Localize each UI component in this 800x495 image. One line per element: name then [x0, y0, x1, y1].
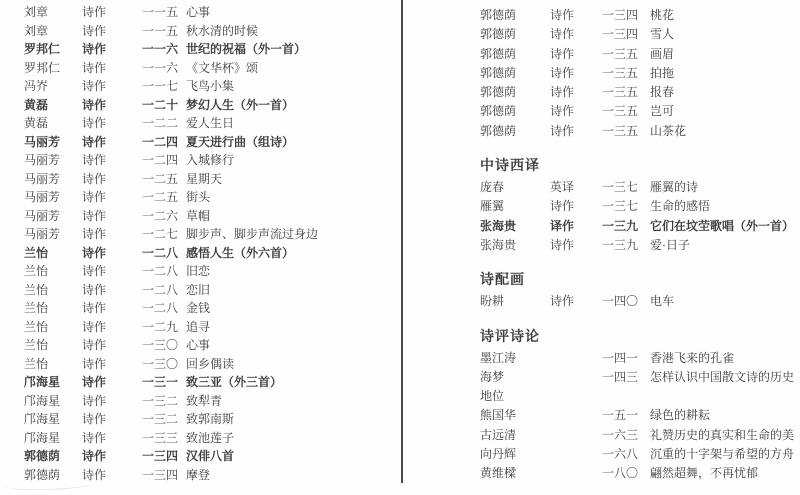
genre-label: 译作 — [550, 217, 602, 236]
page-number: 一二八 — [142, 299, 186, 318]
work-title: 爱·日子 — [650, 238, 690, 252]
toc-row: 郭德荫诗作一三五拍拖 — [480, 64, 798, 83]
author-name: 马丽芳 — [24, 188, 82, 207]
author-name: 郭德荫 — [480, 25, 550, 44]
page-number: 一二八 — [142, 244, 186, 263]
page-number: 一一七 — [142, 77, 186, 96]
work-title: 心事 — [186, 338, 210, 352]
author-name: 雁翼 — [480, 197, 550, 216]
toc-row: 盼耕诗作一四〇电车 — [480, 292, 798, 311]
genre-label: 诗作 — [82, 170, 142, 189]
work-title: 街头 — [186, 190, 210, 204]
toc-row: 罗邦仁诗作一一六世纪的祝福（外一首） — [24, 40, 398, 59]
work-title: 翩然超舞，不再忧郁 — [650, 466, 758, 480]
page-number: 一二十 — [142, 96, 186, 115]
page-number: 一三一 — [142, 373, 186, 392]
page-number: 一三四 — [602, 25, 650, 44]
work-title: 拍拖 — [650, 66, 674, 80]
page-number: 一三四 — [142, 447, 186, 466]
page-number: 一二九 — [142, 318, 186, 337]
work-title: 恋旧 — [186, 283, 210, 297]
genre-label: 诗作 — [82, 188, 142, 207]
author-name: 盼耕 — [480, 292, 550, 311]
work-title: 入城修行 — [186, 153, 234, 167]
work-title: 爱人生日 — [186, 116, 234, 130]
page-number: 一一五 — [142, 22, 186, 41]
work-title: 致池莲子 — [186, 431, 234, 445]
toc-row: 马丽芳诗作一二四入城修行 — [24, 151, 398, 170]
author-name: 郭德荫 — [480, 64, 550, 83]
genre-label: 诗作 — [82, 392, 142, 411]
author-name: 郭德荫 — [480, 83, 550, 102]
genre-label: 诗作 — [82, 133, 142, 152]
toc-row: 刘章诗作一一五秋水清的时候 — [24, 22, 398, 41]
toc-row: 兰怡诗作一二八恋旧 — [24, 281, 398, 300]
author-name: 郭德荫 — [24, 447, 82, 466]
genre-label: 诗作 — [82, 151, 142, 170]
genre-label: 诗作 — [82, 281, 142, 300]
page-number: 一三五 — [602, 64, 650, 83]
author-name: 马丽芳 — [24, 207, 82, 226]
toc-row: 郭德荫诗作一三四桃花 — [480, 6, 798, 25]
work-title: 追寻 — [186, 320, 210, 334]
author-name: 刘章 — [24, 22, 82, 41]
toc-row: 黄维樑一八〇翩然超舞，不再忧郁 — [480, 464, 798, 483]
author-name: 郭德荫 — [480, 102, 550, 121]
author-name: 郭德荫 — [480, 45, 550, 64]
author-name: 马丽芳 — [24, 225, 82, 244]
toc-row: 刘章诗作一一五心事 — [24, 3, 398, 22]
toc-row: 邝海星诗作一三三致池莲子 — [24, 429, 398, 448]
page-number: 一二五 — [142, 170, 186, 189]
page-number: 一三七 — [602, 178, 650, 197]
author-name: 邝海星 — [24, 410, 82, 429]
page-number: 一四〇 — [602, 292, 650, 311]
page-number: 一三〇 — [142, 355, 186, 374]
section-header: 中诗西译 — [480, 157, 798, 177]
author-name: 刘章 — [24, 3, 82, 22]
toc-row: 邝海星诗作一三二致犁青 — [24, 392, 398, 411]
work-title: 致三亚（外三首） — [186, 375, 282, 389]
author-name: 邝海星 — [24, 373, 82, 392]
work-title: 旧恋 — [186, 264, 210, 278]
author-name: 马丽芳 — [24, 151, 82, 170]
toc-page: 刘章诗作一一五心事刘章诗作一一五秋水清的时候罗邦仁诗作一一六世纪的祝福（外一首）… — [0, 0, 800, 495]
author-name: 向丹辉 — [480, 445, 550, 464]
page-number: 一八〇 — [602, 464, 650, 483]
author-name: 张海贵 — [480, 217, 550, 236]
toc-row: 张海贵译作一三九它们在坟茔歌唱（外一首） — [480, 217, 798, 236]
toc-right-column: 郭德荫诗作一三四桃花郭德荫诗作一三四雪人郭德荫诗作一三五画眉郭德荫诗作一三五拍拖… — [480, 6, 798, 484]
toc-row: 马丽芳诗作一二七脚步声、脚步声流过身边 — [24, 225, 398, 244]
genre-label: 诗作 — [82, 3, 142, 22]
page-number: 一二二 — [142, 114, 186, 133]
toc-row: 郭德荫诗作一三五山茶花 — [480, 122, 798, 141]
genre-label: 诗作 — [82, 318, 142, 337]
page-number: 一二七 — [142, 225, 186, 244]
work-title: 礼赞历史的真实和生命的美 — [650, 428, 794, 442]
author-name: 墨江涛 — [480, 349, 550, 368]
work-title: 雁翼的诗 — [650, 180, 698, 194]
page-number: 一三九 — [602, 236, 650, 255]
genre-label: 诗作 — [550, 197, 602, 216]
author-name: 海梦 — [480, 368, 550, 387]
toc-row: 海梦一四三怎样认识中国散文诗的历史地位 — [480, 368, 798, 407]
genre-label: 诗作 — [82, 59, 142, 78]
author-name: 兰怡 — [24, 318, 82, 337]
genre-label: 诗作 — [550, 45, 602, 64]
work-title: 摩登 — [186, 468, 210, 482]
author-name: 马丽芳 — [24, 170, 82, 189]
genre-label: 诗作 — [82, 373, 142, 392]
section-header: 诗配画 — [480, 271, 798, 291]
genre-label: 诗作 — [550, 236, 602, 255]
toc-row: 马丽芳诗作一二六草帽 — [24, 207, 398, 226]
page-number: 一二八 — [142, 281, 186, 300]
page-number: 一四一 — [602, 349, 650, 368]
toc-row: 兰怡诗作一三〇心事 — [24, 336, 398, 355]
toc-row: 兰怡诗作一二八感悟人生（外六首） — [24, 244, 398, 263]
genre-label: 诗作 — [550, 122, 602, 141]
genre-label: 诗作 — [82, 96, 142, 115]
work-title: 致犁青 — [186, 394, 222, 408]
page-number: 一三五 — [602, 45, 650, 64]
toc-row: 张海贵诗作一三九爱·日子 — [480, 236, 798, 255]
work-title: 电车 — [650, 294, 674, 308]
work-title: 草帽 — [186, 209, 210, 223]
toc-row: 邝海星诗作一三一致三亚（外三首） — [24, 373, 398, 392]
author-name: 罗邦仁 — [24, 59, 82, 78]
genre-label: 诗作 — [550, 25, 602, 44]
page-number: 一三九 — [602, 217, 650, 236]
work-title: 星期天 — [186, 172, 222, 186]
genre-label: 诗作 — [82, 225, 142, 244]
toc-left-column: 刘章诗作一一五心事刘章诗作一一五秋水清的时候罗邦仁诗作一一六世纪的祝福（外一首）… — [24, 3, 398, 484]
work-title: 画眉 — [650, 47, 674, 61]
author-name: 冯岕 — [24, 77, 82, 96]
toc-row: 马丽芳诗作一二四夏天进行曲（组诗） — [24, 133, 398, 152]
work-title: 香港飞来的孔雀 — [650, 351, 734, 365]
work-title: 岂可 — [650, 104, 674, 118]
work-title: 梦幻人生（外一首） — [186, 98, 294, 112]
toc-row: 罗邦仁诗作一一六《文华杯》颂 — [24, 59, 398, 78]
work-title: 山茶花 — [650, 124, 686, 138]
page-number: 一三五 — [602, 83, 650, 102]
toc-row: 郭德荫诗作一三四汉俳八首 — [24, 447, 398, 466]
author-name: 古远清 — [480, 426, 550, 445]
page-number: 一四三 — [602, 368, 650, 387]
toc-row: 郭德荫诗作一三五画眉 — [480, 45, 798, 64]
work-title: 心事 — [186, 5, 210, 19]
toc-row: 兰怡诗作一三〇回乡偶读 — [24, 355, 398, 374]
genre-label: 诗作 — [82, 447, 142, 466]
author-name: 兰怡 — [24, 281, 82, 300]
author-name: 罗邦仁 — [24, 40, 82, 59]
work-title: 汉俳八首 — [186, 449, 234, 463]
author-name: 庞春 — [480, 178, 550, 197]
author-name: 兰怡 — [24, 299, 82, 318]
author-name: 兰怡 — [24, 262, 82, 281]
page-number: 一六三 — [602, 426, 650, 445]
genre-label: 诗作 — [550, 83, 602, 102]
page-number: 一三二 — [142, 392, 186, 411]
work-title: 致郭南斯 — [186, 412, 234, 426]
genre-label: 英译 — [550, 178, 602, 197]
author-name: 兰怡 — [24, 244, 82, 263]
author-name: 熊国华 — [480, 406, 550, 425]
toc-row: 马丽芳诗作一二五星期天 — [24, 170, 398, 189]
work-title: 夏天进行曲（组诗） — [186, 135, 294, 149]
toc-row: 郭德荫诗作一三四雪人 — [480, 25, 798, 44]
author-name: 邝海星 — [24, 429, 82, 448]
genre-label: 诗作 — [82, 40, 142, 59]
genre-label: 诗作 — [550, 64, 602, 83]
page-number: 一三七 — [602, 197, 650, 216]
toc-row: 向丹辉一六八沉重的十字架与希望的方舟 — [480, 445, 798, 464]
toc-row: 古远清一六三礼赞历史的真实和生命的美 — [480, 426, 798, 445]
toc-row: 郭德荫诗作一三五报春 — [480, 83, 798, 102]
work-title: 回乡偶读 — [186, 357, 234, 371]
page-number: 一六八 — [602, 445, 650, 464]
work-title: 感悟人生（外六首） — [186, 246, 294, 260]
author-name: 兰怡 — [24, 336, 82, 355]
page-number: 一三五 — [602, 122, 650, 141]
page-number: 一三三 — [142, 429, 186, 448]
genre-label: 诗作 — [82, 355, 142, 374]
toc-row: 庞春英译一三七雁翼的诗 — [480, 178, 798, 197]
page-number: 一一五 — [142, 3, 186, 22]
toc-row: 兰怡诗作一二九追寻 — [24, 318, 398, 337]
work-title: 桃花 — [650, 8, 674, 22]
page-number: 一五一 — [602, 406, 650, 425]
work-title: 飞鸟小集 — [186, 79, 234, 93]
genre-label: 诗作 — [82, 114, 142, 133]
work-title: 金钱 — [186, 301, 210, 315]
genre-label: 诗作 — [82, 244, 142, 263]
toc-row: 马丽芳诗作一二五街头 — [24, 188, 398, 207]
work-title: 秋水清的时候 — [186, 24, 258, 38]
work-title: 它们在坟茔歌唱（外一首） — [650, 219, 794, 233]
page-number: 一二八 — [142, 262, 186, 281]
page-number: 一二六 — [142, 207, 186, 226]
author-name: 郭德荫 — [480, 6, 550, 25]
page-number: 一二四 — [142, 151, 186, 170]
genre-label: 诗作 — [550, 102, 602, 121]
genre-label: 诗作 — [82, 336, 142, 355]
author-name: 马丽芳 — [24, 133, 82, 152]
genre-label: 诗作 — [82, 410, 142, 429]
page-number: 一一六 — [142, 40, 186, 59]
genre-label: 诗作 — [82, 77, 142, 96]
author-name: 邝海星 — [24, 392, 82, 411]
page-number: 一三〇 — [142, 336, 186, 355]
genre-label: 诗作 — [82, 207, 142, 226]
genre-label: 诗作 — [82, 299, 142, 318]
page-number: 一三二 — [142, 410, 186, 429]
page-number: 一二五 — [142, 188, 186, 207]
work-title: 雪人 — [650, 27, 674, 41]
toc-row: 雁翼诗作一三七生命的感悟 — [480, 197, 798, 216]
work-title: 生命的感悟 — [650, 199, 710, 213]
genre-label: 诗作 — [550, 292, 602, 311]
column-divider-line — [401, 0, 403, 483]
genre-label: 诗作 — [82, 429, 142, 448]
author-name: 黄维樑 — [480, 464, 550, 483]
toc-row: 邝海星诗作一三二致郭南斯 — [24, 410, 398, 429]
genre-label: 诗作 — [82, 262, 142, 281]
author-name: 黄磊 — [24, 114, 82, 133]
scan-edge-mark — [4, 477, 94, 491]
page-number: 一一六 — [142, 59, 186, 78]
toc-row: 兰怡诗作一二八旧恋 — [24, 262, 398, 281]
work-title: 世纪的祝福（外一首） — [186, 42, 306, 56]
genre-label: 诗作 — [82, 22, 142, 41]
work-title: 沉重的十字架与希望的方舟 — [650, 447, 794, 461]
author-name: 郭德荫 — [480, 122, 550, 141]
page-number: 一二四 — [142, 133, 186, 152]
author-name: 黄磊 — [24, 96, 82, 115]
toc-row: 郭德荫诗作一三五岂可 — [480, 102, 798, 121]
work-title: 《文华杯》颂 — [186, 61, 258, 75]
toc-row: 黄磊诗作一二二爱人生日 — [24, 114, 398, 133]
page-number: 一三五 — [602, 102, 650, 121]
section-header: 诗评诗论 — [480, 328, 798, 348]
toc-row: 黄磊诗作一二十梦幻人生（外一首） — [24, 96, 398, 115]
toc-row: 兰怡诗作一二八金钱 — [24, 299, 398, 318]
toc-row: 冯岕诗作一一七飞鸟小集 — [24, 77, 398, 96]
work-title: 报春 — [650, 85, 674, 99]
work-title: 脚步声、脚步声流过身边 — [186, 227, 318, 241]
genre-label: 诗作 — [550, 6, 602, 25]
page-number: 一三四 — [142, 466, 186, 485]
page-number: 一三四 — [602, 6, 650, 25]
author-name: 张海贵 — [480, 236, 550, 255]
toc-row: 墨江涛一四一香港飞来的孔雀 — [480, 349, 798, 368]
work-title: 绿色的耕耘 — [650, 408, 710, 422]
author-name: 兰怡 — [24, 355, 82, 374]
toc-row: 熊国华一五一绿色的耕耘 — [480, 406, 798, 425]
